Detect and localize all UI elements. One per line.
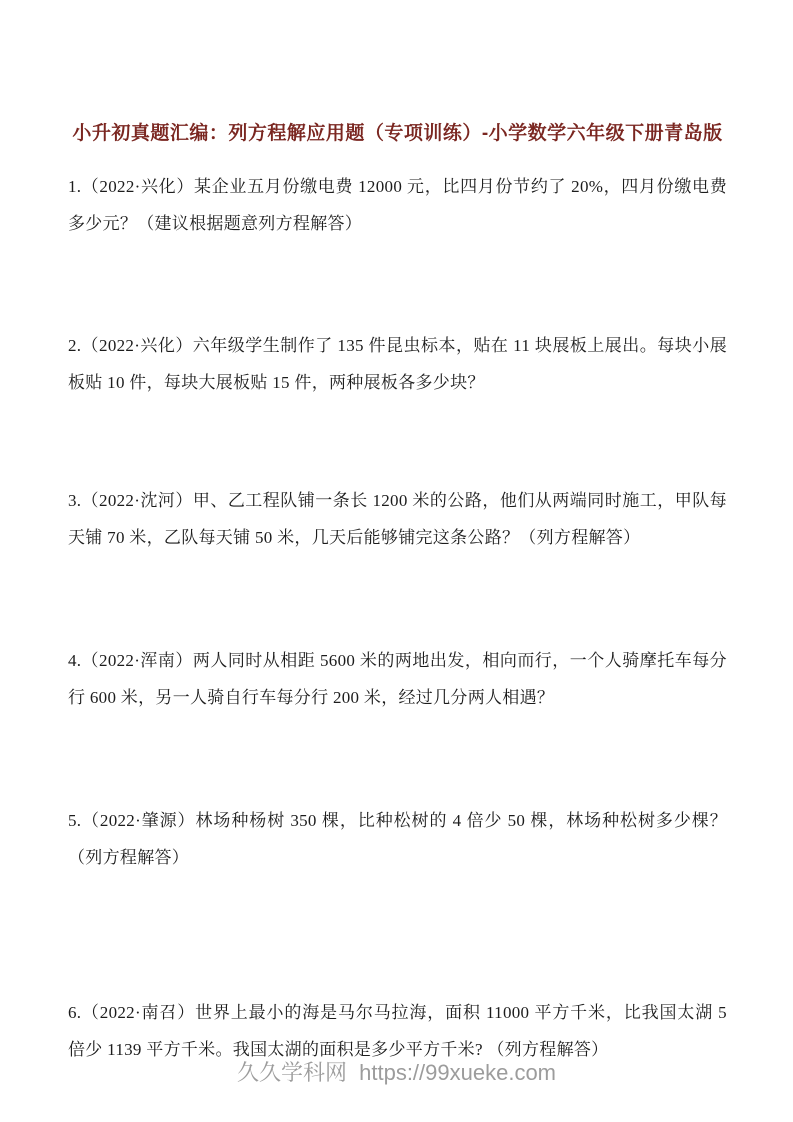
question-4: 4.（2022·浑南）两人同时从相距 5600 米的两地出发，相向而行，一个人骑… <box>68 642 727 716</box>
worksheet-page: 小升初真题汇编：列方程解应用题（专项训练）-小学数学六年级下册青岛版 1.（20… <box>0 0 793 1122</box>
question-5: 5.（2022·肇源）林场种杨树 350 棵，比种松树的 4 倍少 50 棵，林… <box>68 802 727 876</box>
footer-site-name: 久久学科网 <box>237 1060 347 1085</box>
question-2: 2.（2022·兴化）六年级学生制作了 135 件昆虫标本，贴在 11 块展板上… <box>68 327 727 401</box>
question-6: 6.（2022·南召）世界上最小的海是马尔马拉海，面积 11000 平方千米，比… <box>68 994 727 1068</box>
worksheet-title: 小升初真题汇编：列方程解应用题（专项训练）-小学数学六年级下册青岛版 <box>68 121 727 147</box>
question-3: 3.（2022·沈河）甲、乙工程队铺一条长 1200 米的公路，他们从两端同时施… <box>68 482 727 556</box>
footer-url: https://99xueke.com <box>359 1060 556 1085</box>
page-footer: 久久学科网 https://99xueke.com <box>0 1058 793 1088</box>
question-1: 1.（2022·兴化）某企业五月份缴电费 12000 元，比四月份节约了 20%… <box>68 168 727 242</box>
